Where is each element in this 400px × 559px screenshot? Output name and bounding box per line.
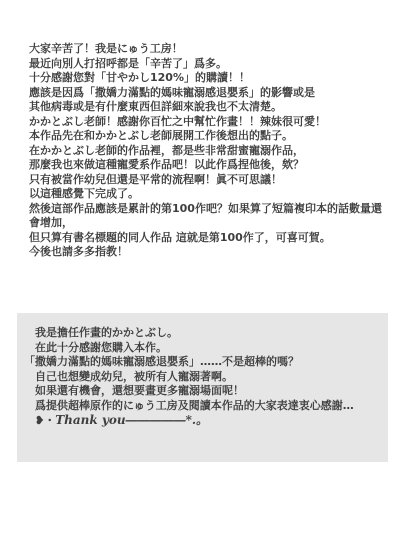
text-line: 十分感謝您對「甘やかし120%」的購讀！！ — [29, 71, 392, 86]
thank-you-tail: ―――――*.。 — [126, 413, 208, 427]
text-line: 大家辛苦了！我是にゅう工房！ — [29, 42, 392, 57]
artist-comment-box: 我是擔任作畫的かかとぶし。 在此十分感謝您購入本作。 「撒嬌力滿點的媽味寵溺感退… — [17, 313, 388, 462]
text-line: 在かかとぶし老師的作品裡，都是些非常甜蜜寵溺作品， — [29, 144, 392, 159]
text-line: 其他病毒或是有什麼東西但詳細來說我也不太清楚。 — [29, 100, 392, 115]
text-line: 應該是因爲「撒嬌力滿點的媽味寵溺感退嬰系」的影響或是 — [29, 86, 392, 101]
text-line: 只有被當作幼兒但還是平常的流程啊！眞不可思議！ — [29, 173, 392, 188]
thank-you-text: Thank you — [55, 413, 125, 427]
text-line: 自己也想變成幼兒，被所有人寵溺著啊。 — [35, 370, 378, 385]
text-line: かかとぶし老師！感謝你百忙之中幫忙作畫！！辣妹很可愛！ — [29, 115, 392, 130]
text-line: 「撒嬌力滿點的媽味寵溺感退嬰系」……不是超棒的嗎？ — [24, 355, 378, 370]
afterword-page: 大家辛苦了！我是にゅう工房！ 最近向別人打招呼都是「辛苦了」爲多。 十分感謝您對… — [0, 0, 400, 559]
text-line: 如果還有機會，還想要畫更多寵溺場面呢！ — [35, 384, 378, 399]
author-afterword-text: 大家辛苦了！我是にゅう工房！ 最近向別人打招呼都是「辛苦了」爲多。 十分感謝您對… — [29, 42, 392, 260]
text-line: 在此十分感謝您購入本作。 — [35, 341, 378, 356]
text-line: 最近向別人打招呼都是「辛苦了」爲多。 — [29, 57, 392, 72]
text-line: 爲提供超棒原作的にゅう工房及閱讀本作品的大家表達衷心感謝… — [35, 399, 378, 414]
text-line: 以這種感覺下完成了。 — [29, 187, 392, 202]
text-line: 但只算有書名標題的同人作品 這就是第100作了，可喜可賀。 — [29, 231, 392, 246]
text-line: 我是擔任作畫的かかとぶし。 — [35, 326, 378, 341]
text-line: 今後也請多多指教！ — [29, 245, 392, 260]
text-line: 那麼我也來做這種寵愛系作品吧！以此作爲捏他後，欸？ — [29, 158, 392, 173]
heart-icon: ❥・ — [35, 414, 55, 427]
text-line: 然後這部作品應該是累計的第100作吧？如果算了短篇複印本的話數量還會增加， — [29, 202, 392, 231]
text-line: 本作品先在和かかとぶし老師展開工作後想出的點子。 — [29, 129, 392, 144]
thank-you-signature: ❥・Thank you―――――*.。 — [35, 413, 378, 428]
